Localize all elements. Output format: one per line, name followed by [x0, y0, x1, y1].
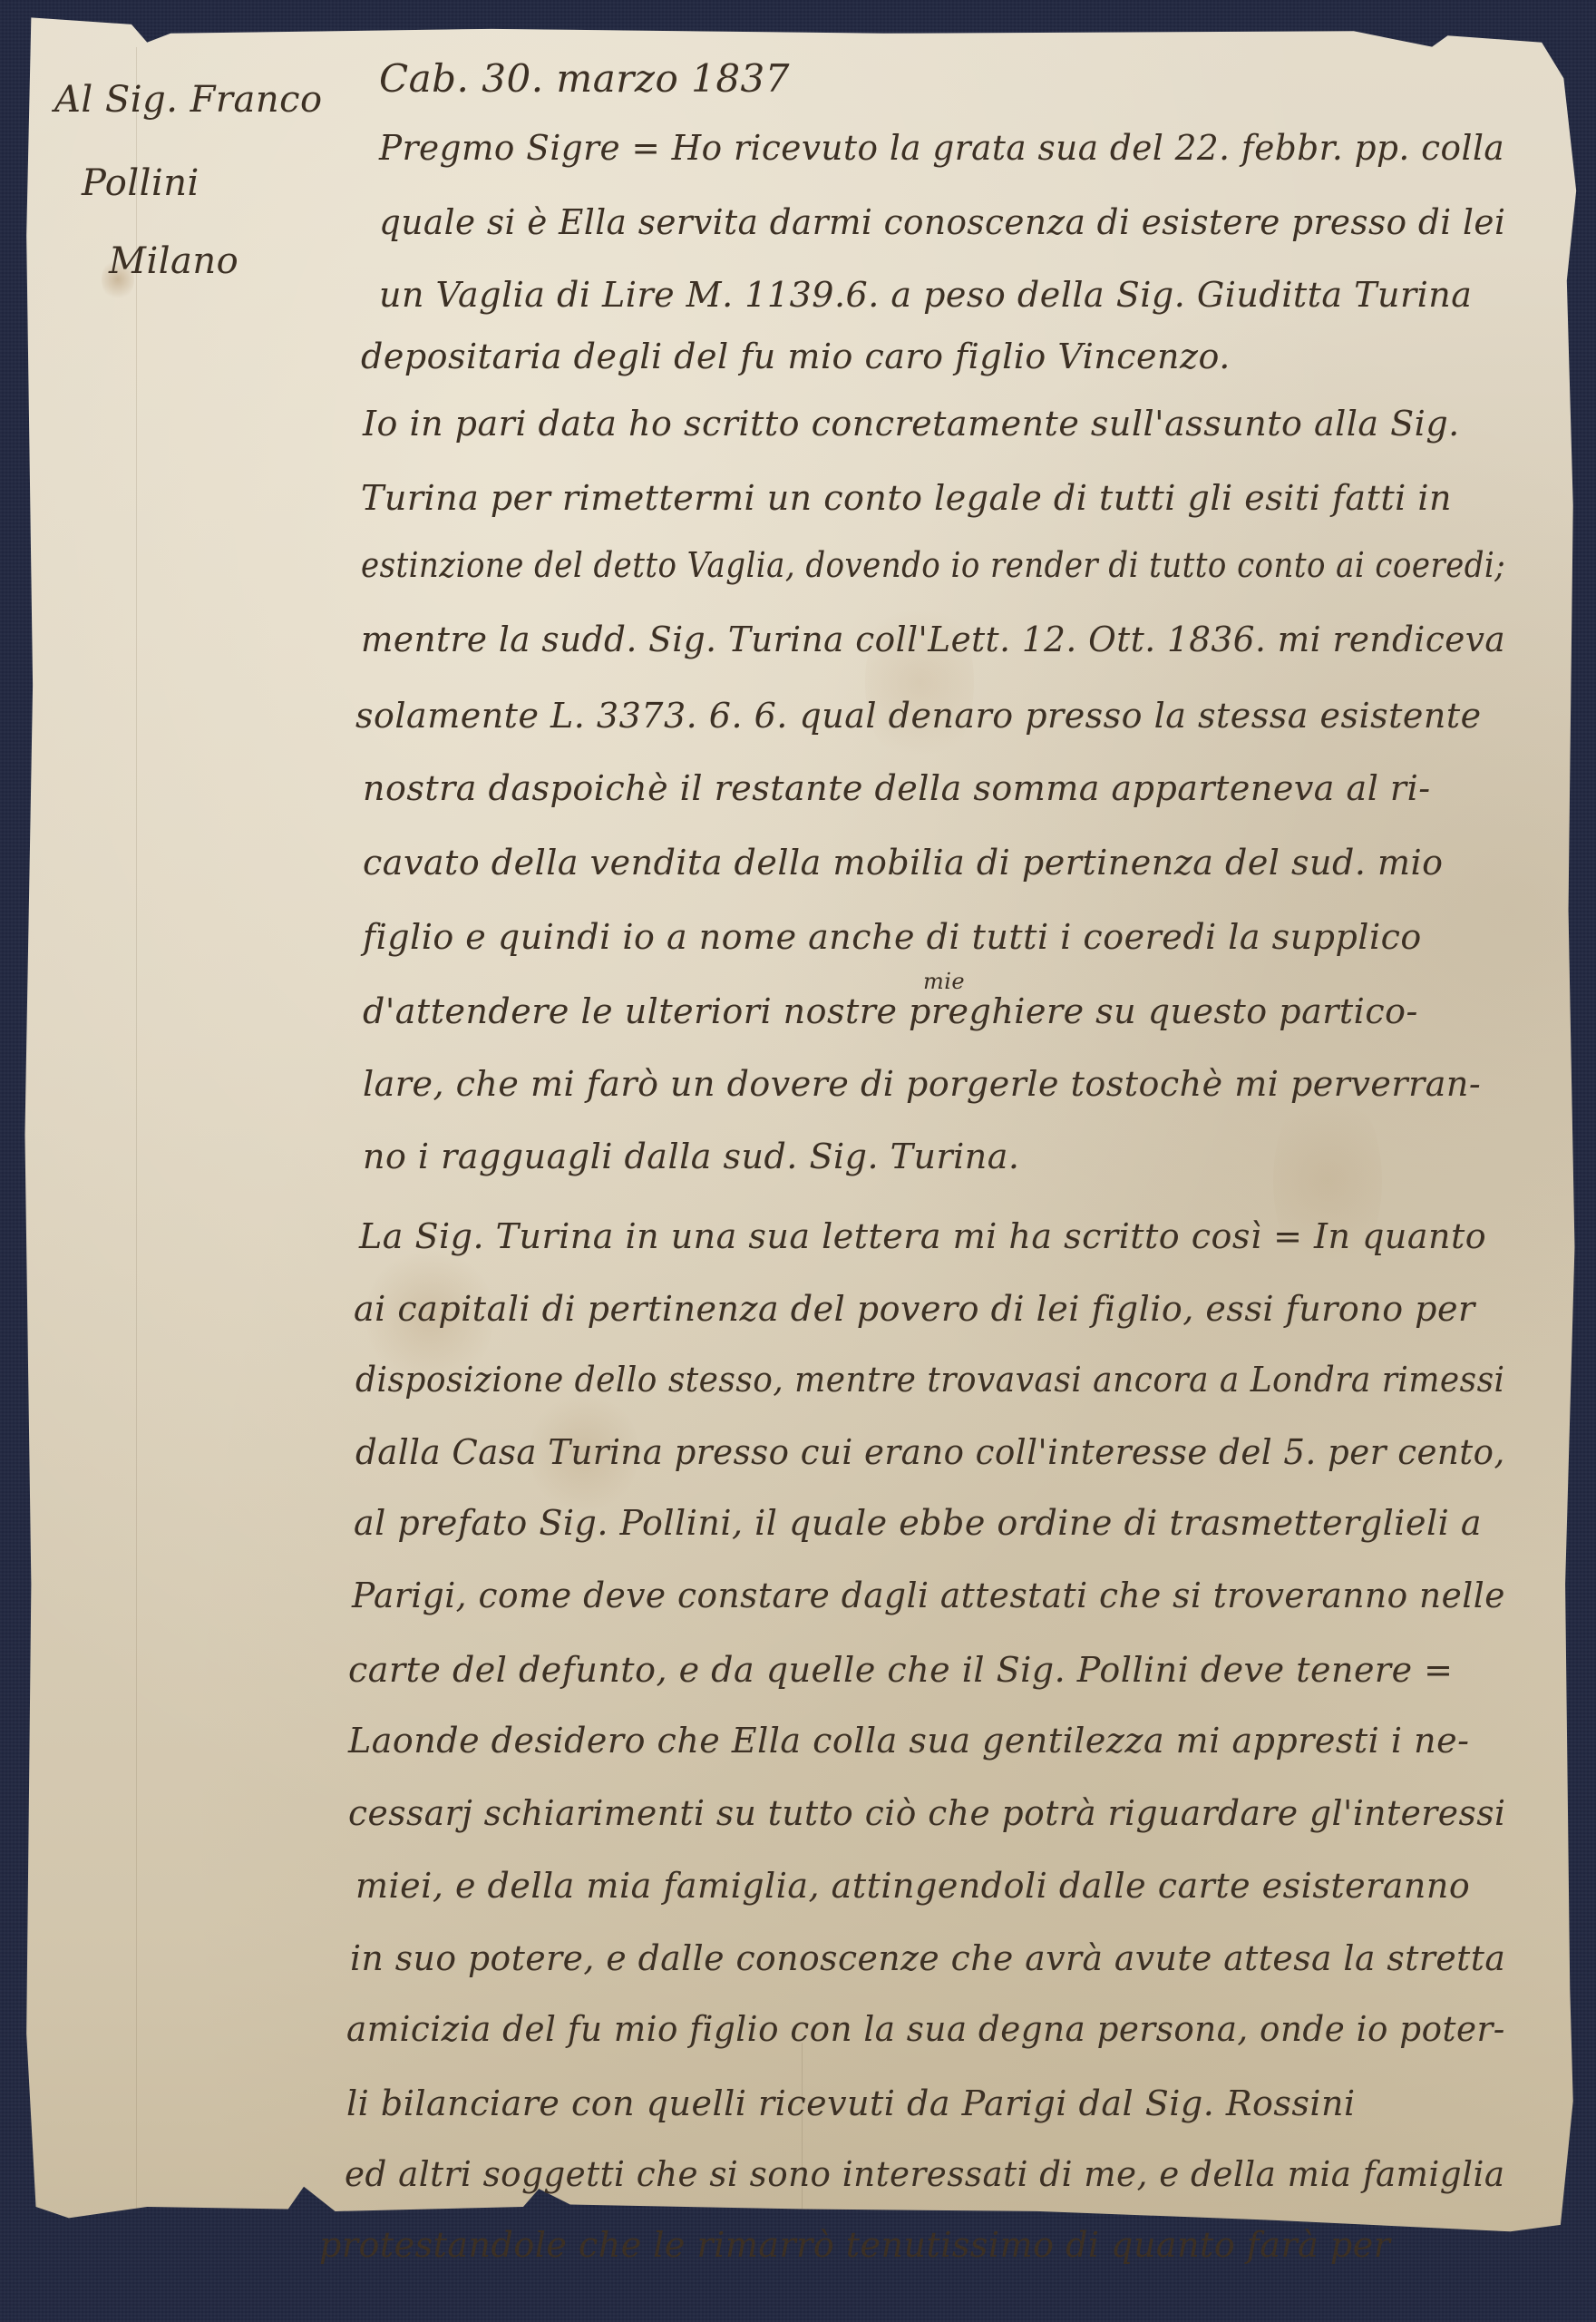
- letter-line: solamente L. 3373. 6. 6. qual denaro pre…: [355, 698, 1482, 733]
- letter-line-with-strikethrough: nostra daspoichè il restante della somma…: [363, 771, 1431, 805]
- letter-line: un Vaglia di Lire M. 1139.6. a peso dell…: [379, 278, 1472, 312]
- letter-line: cessarj schiarimenti su tutto ciò che po…: [348, 1796, 1505, 1830]
- letter-line-with-strikethrough: d'attendere le ulteriori nostre preghier…: [363, 994, 1418, 1029]
- letter-line: dalla Casa Turina presso cui erano coll'…: [355, 1435, 1505, 1469]
- letter-line: mentre la sudd. Sig. Turina coll'Lett. 1…: [361, 622, 1505, 657]
- letter-line: amicizia del fu mio figlio con la sua de…: [346, 2012, 1505, 2046]
- letter-line: li bilanciare con quelli ricevuti da Par…: [346, 2086, 1356, 2121]
- letter-line: miei, e della mia famiglia, attingendoli…: [355, 1868, 1470, 1903]
- letter-line: carte del defunto, e da quelle che il Si…: [348, 1653, 1454, 1687]
- letter-line: ai capitali di pertinenza del povero di …: [354, 1292, 1475, 1326]
- letter-line: depositaria degli del fu mio caro figlio…: [361, 339, 1231, 374]
- interlinear-correction: mie: [923, 969, 965, 994]
- letter-line: ed altri soggetti che si sono interessat…: [345, 2157, 1505, 2191]
- letter-body: Pregmo Sigre = Ho ricevuto la grata sua …: [0, 0, 1596, 2322]
- letter-line: al prefato Sig. Pollini, il quale ebbe o…: [354, 1506, 1482, 1540]
- letter-line: La Sig. Turina in una sua lettera mi ha …: [359, 1219, 1486, 1254]
- letter-line: no i ragguagli dalla sud. Sig. Turina.: [363, 1139, 1019, 1174]
- letter-line: cavato della vendita della mobilia di pe…: [363, 845, 1444, 880]
- letter-line: figlio e quindi io a nome anche di tutti…: [363, 920, 1422, 954]
- letter-line: Io in pari data ho scritto concretamente…: [363, 406, 1460, 441]
- letter-line: Parigi, come deve constare dagli attesta…: [352, 1578, 1505, 1613]
- letter-line: estinzione del detto Vaglia, dovendo io …: [361, 548, 1505, 582]
- letter-line: Turina per rimettermi un conto legale di…: [361, 481, 1452, 515]
- letter-line: disposizione dello stesso, mentre trovav…: [355, 1362, 1504, 1397]
- letter-line: lare, che mi farò un dovere di porgerle …: [363, 1067, 1481, 1101]
- letter-line: Pregmo Sigre = Ho ricevuto la grata sua …: [379, 131, 1504, 165]
- letter-line: in suo potere, e dalle conoscenze che av…: [350, 1941, 1505, 1976]
- letter-line: Laonde desidero che Ella colla sua genti…: [348, 1723, 1469, 1758]
- letter-line: protestandole che le rimarrò tenutissimo…: [319, 2228, 1390, 2262]
- letter-line: quale si è Ella servita darmi conoscenza…: [379, 205, 1505, 239]
